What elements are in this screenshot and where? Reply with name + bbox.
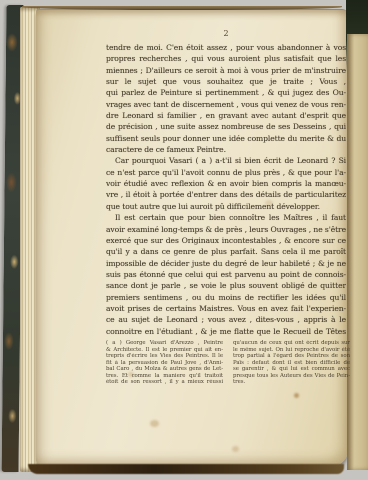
text-line: Il est certain que pour bien connoître l… [106,212,346,223]
adjacent-pages-edge [347,34,368,470]
text-line: ce au sujet de Leonard ; vous avez , dit… [106,314,346,325]
book-bottom-edge [28,464,344,474]
footnote-line: trepris d'écrire les Vies des Peintres. … [106,353,223,360]
text-line: tendre de moi. C'en étoit assez , pour v… [106,42,346,53]
footnote-line: presque tous les Auteurs des Vies de Pei… [233,373,350,380]
text-line: vrages avec tant de discernement , vous … [106,99,346,110]
text-line: sur le sujet que vous souhaitez que je t… [106,76,346,87]
footnote-line: bal Caro , du Molza & autres gens de Let… [106,366,223,373]
text-line: qu'il y a dans ce genre de plus parfait.… [106,246,346,257]
text-line: qui parlez de Peinture si pertinemment ,… [106,87,346,98]
text-line: voir étudié avec reflexion & en avoir bi… [106,178,346,189]
text-line: premiers sentimens , ou du moins de rect… [106,292,346,303]
foxing-spot [232,446,239,452]
text-line: sance dont je parle , se voie le plus so… [106,280,346,291]
text-line: impossible de décider juste du degré de … [106,258,346,269]
text-line: suis pas étonné que celui qui est parven… [106,269,346,280]
footnote-line: ( a ) George Vasari d'Arezzo , Peintre [106,340,223,347]
text-line: vre , il étoit à portée d'entrer dans de… [106,189,346,200]
text-line: suffisent seuls pour donner une idée com… [106,133,346,144]
text-line: miennes ; D'ailleurs ce seroit à moi à v… [106,65,346,76]
page-number: 2 [106,29,346,38]
text-line: Car pourquoi Vasari ( a ) a-t'il si bien… [106,155,346,166]
footnote-column-right: qu'aucun de ceux qui ont écrit depuis su… [233,340,350,386]
text-line: avoir examiné long-temps & de près , leu… [106,224,346,235]
footnote-line: trop partial à l'égard des Peintres de s… [233,353,350,360]
page-text: tendre de moi. C'en étoit assez , pour v… [106,42,346,337]
text-line: caractere de ce fameux Peintre. [106,144,346,155]
footnote: ( a ) George Vasari d'Arezzo , Peintre &… [106,340,350,386]
footnote-line: tres. [233,379,350,386]
footnote-line: étoit de son ressort , il y a mieux réus… [106,379,223,386]
text-line: connoitre en l'étudiant , & je me flatte… [106,326,346,337]
text-line: exercé que sur des Originaux incontestab… [106,235,346,246]
foxing-spot [294,393,299,398]
footnote-column-left: ( a ) George Vasari d'Arezzo , Peintre &… [106,340,223,386]
book-photo: 2 tendre de moi. C'en étoit assez , pour… [0,0,368,480]
text-line: ce n'est parce qu'il l'avoit connu de pl… [106,167,346,178]
text-line: dre Leonard si familier , en gravant ave… [106,110,346,121]
footnote-line: qu'aucun de ceux qui ont écrit depuis su… [233,340,350,347]
text-line: propres recherches , qui vous auroient p… [106,53,346,64]
text-line: de précision , une suite assez nombreuse… [106,121,346,132]
text-line: que tout autre que lui auroit pû diffici… [106,201,346,212]
footnote-line: se garentir , & qui lui est commun avec [233,366,350,373]
text-line: avoit prises de certains Maistres. Vous … [106,303,346,314]
foxing-spot [150,420,159,427]
